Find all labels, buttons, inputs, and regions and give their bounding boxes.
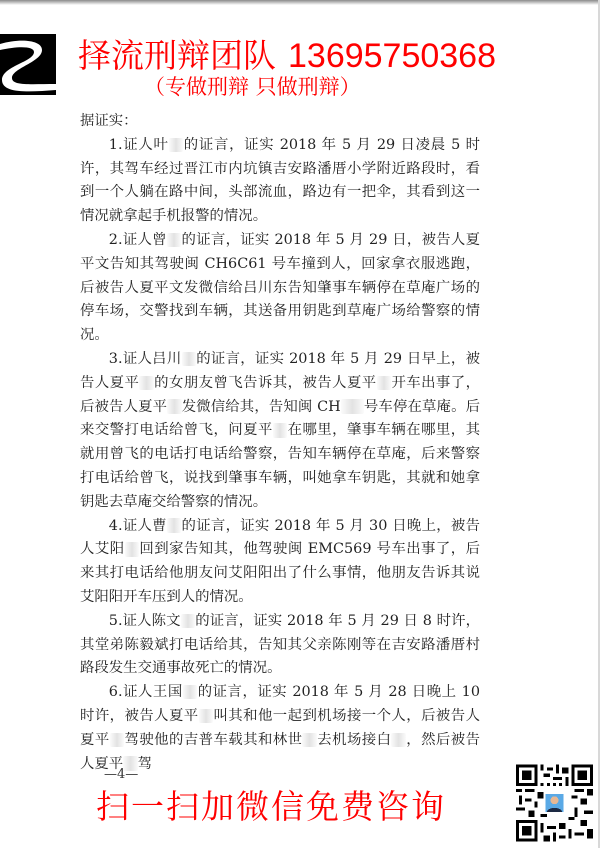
redaction: [167, 518, 181, 532]
redaction: [110, 733, 124, 747]
redaction: [199, 709, 213, 723]
redaction: [377, 376, 391, 390]
footer-cta: 扫一扫加微信免费咨询: [96, 787, 446, 827]
logo-icon: [0, 34, 56, 95]
document-body: 据证实： 1.证人叶的证言，证实 2018 年 5 月 29 日凌晨 5 时许，…: [80, 110, 480, 776]
redaction: [302, 733, 316, 747]
redaction: [125, 542, 139, 556]
scan-top-shadow: [0, 0, 600, 5]
testimony-item-1: 1.证人叶的证言，证实 2018 年 5 月 29 日凌晨 5 时许，其驾车经过…: [80, 134, 480, 229]
intro-line: 据证实：: [80, 110, 480, 134]
testimony-item-3: 3.证人吕川的证言，证实 2018 年 5 月 29 日早上，被告人夏平的女朋友…: [80, 348, 480, 515]
redaction: [139, 376, 153, 390]
testimony-item-2: 2.证人曾的证言，证实 2018 年 5 月 29 日，被告人夏平文告知其驾驶闽…: [80, 229, 480, 348]
banner-title: 择流刑辩团队13695750368: [78, 38, 496, 74]
redaction: [182, 352, 196, 366]
wechat-qr-code-icon[interactable]: [516, 764, 593, 842]
testimony-item-5: 5.证人陈文的证言，证实 2018 年 5 月 29 日 8 时许，其堂弟陈毅斌…: [80, 610, 480, 681]
banner-tagline: （专做刑辩 只做刑辩）: [144, 74, 361, 100]
testimony-item-6: 6.证人王国的证言，证实 2018 年 5 月 28 日晚上 10 时许，被告人…: [80, 681, 480, 776]
redaction: [169, 138, 183, 152]
redaction: [273, 423, 287, 437]
redaction: [167, 399, 181, 413]
redaction: [181, 614, 195, 628]
redaction: [167, 233, 181, 247]
redaction: [391, 733, 405, 747]
redaction: [341, 399, 364, 413]
redaction: [183, 685, 197, 699]
phone-number[interactable]: 13695750368: [288, 37, 496, 75]
team-name: 择流刑辩团队: [78, 36, 276, 75]
testimony-item-4: 4.证人曹的证言，证实 2018 年 5 月 30 日晚上，被告人艾阳回到家告知…: [80, 515, 480, 610]
page-number: —4—: [104, 767, 138, 782]
